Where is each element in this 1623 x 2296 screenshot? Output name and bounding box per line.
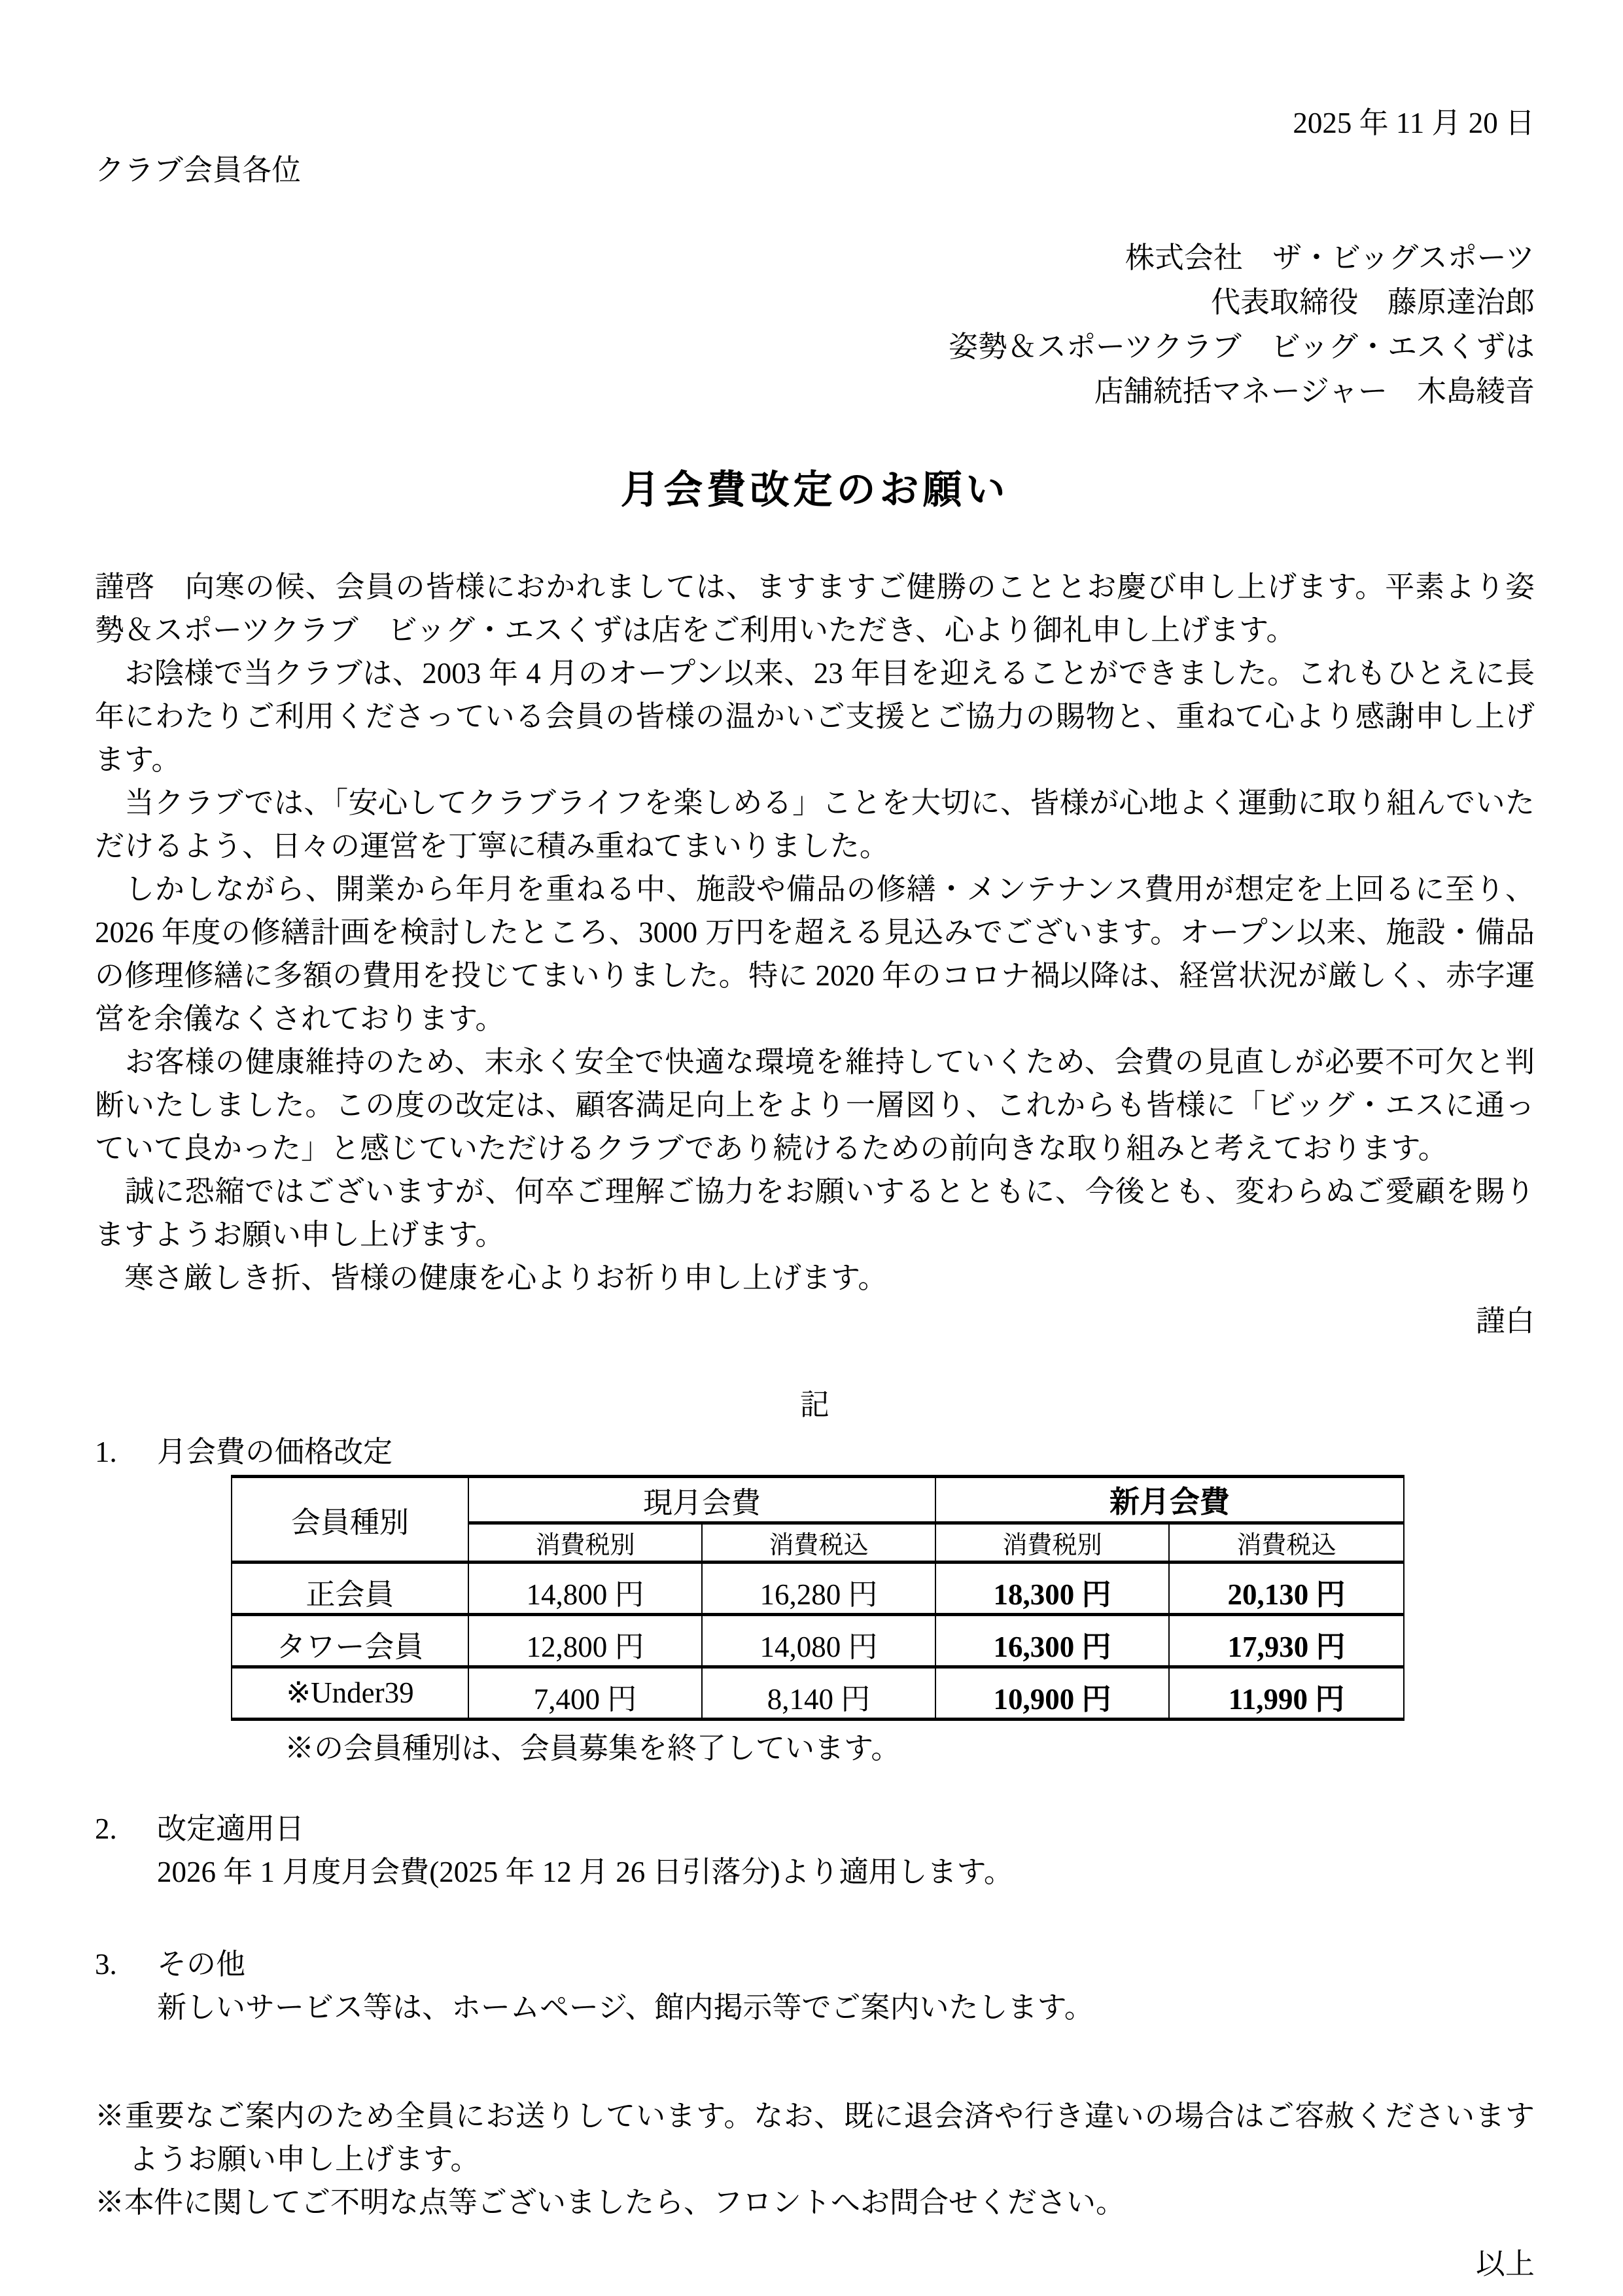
header-new-tax-included: 消費税込 xyxy=(1169,1523,1404,1563)
sender-club: 姿勢＆スポーツクラブ ビッグ・エスくずは xyxy=(95,325,1535,369)
section-3-title: その他 xyxy=(157,1948,245,1981)
letter-body: 謹啓 向寒の候、会員の皆様におかれましては、ますますご健勝のこととお慶び申し上げ… xyxy=(95,565,1535,1299)
member-type-cell: ※Under39 xyxy=(232,1667,468,1720)
body-paragraph: しかしながら、開業から年月を重ねる中、施設や備品の修繕・メンテナンス費用が想定を… xyxy=(95,868,1535,1040)
header-current-tax-included: 消費税込 xyxy=(702,1523,935,1563)
body-paragraph: 当クラブでは、「安心してクラブライフを楽しめる」ことを大切に、皆様が心地よく運動… xyxy=(95,781,1535,868)
body-paragraph: お陰様で当クラブは、2003 年 4 月のオープン以来、23 年目を迎えることが… xyxy=(95,652,1535,781)
footnote: ※重要なご案内のため全員にお送りしています。なお、既に退会済や行き違いの場合はご… xyxy=(95,2094,1535,2181)
section-2-heading: 2.改定適用日 xyxy=(95,1807,1535,1850)
sender-block: 株式会社 ザ・ビッグスポーツ 代表取締役 藤原達治郎 姿勢＆スポーツクラブ ビッ… xyxy=(95,236,1535,414)
section-2-number: 2. xyxy=(95,1807,157,1850)
sender-manager: 店舗統括マネージャー 木島綾音 xyxy=(95,369,1535,414)
current-incl-cell: 14,080 円 xyxy=(702,1615,935,1667)
section-1-title: 月会費の価格改定 xyxy=(157,1436,393,1468)
table-row: ※Under39 7,400 円 8,140 円 10,900 円 11,990… xyxy=(232,1667,1404,1720)
header-new-tax-excluded: 消費税別 xyxy=(935,1523,1169,1563)
header-new-fee: 新月会費 xyxy=(935,1477,1404,1523)
end-mark: 以上 xyxy=(95,2242,1535,2286)
body-paragraph: 寒さ厳しき折、皆様の健康を心よりお祈り申し上げます。 xyxy=(95,1256,1535,1299)
section-3-heading: 3.その他 xyxy=(95,1943,1535,1986)
table-row: 正会員 14,800 円 16,280 円 18,300 円 20,130 円 xyxy=(232,1563,1404,1615)
new-incl-cell: 17,930 円 xyxy=(1169,1615,1404,1667)
header-current-fee: 現月会費 xyxy=(468,1477,935,1523)
current-excl-cell: 7,400 円 xyxy=(468,1667,702,1720)
section-1-heading: 1.月会費の価格改定 xyxy=(95,1430,1535,1474)
new-incl-cell: 11,990 円 xyxy=(1169,1667,1404,1720)
new-excl-cell: 16,300 円 xyxy=(935,1615,1169,1667)
member-type-cell: タワー会員 xyxy=(232,1615,468,1667)
body-paragraph: 誠に恐縮ではございますが、何卒ご理解ご協力をお願いするとともに、今後とも、変わら… xyxy=(95,1170,1535,1256)
recipient: クラブ会員各位 xyxy=(95,150,1535,190)
section-2-body: 2026 年 1 月度月会費(2025 年 12 月 26 日引落分)より適用し… xyxy=(157,1850,1535,1894)
table-row: タワー会員 12,800 円 14,080 円 16,300 円 17,930 … xyxy=(232,1615,1404,1667)
new-excl-cell: 18,300 円 xyxy=(935,1563,1169,1615)
footnotes-block: ※重要なご案内のため全員にお送りしています。なお、既に退会済や行き違いの場合はご… xyxy=(95,2094,1535,2224)
current-incl-cell: 16,280 円 xyxy=(702,1563,935,1615)
section-1-number: 1. xyxy=(95,1430,157,1474)
table-note: ※の会員種別は、会員募集を終了しています。 xyxy=(285,1729,1535,1768)
sender-company: 株式会社 ザ・ビッグスポーツ xyxy=(95,236,1535,280)
issue-date: 2025 年 11 月 20 日 xyxy=(95,105,1535,141)
document-title: 月会費改定のお願い xyxy=(95,463,1535,518)
table-header-row-1: 会員種別 現月会費 新月会費 xyxy=(232,1477,1404,1523)
header-current-tax-excluded: 消費税別 xyxy=(468,1523,702,1563)
new-incl-cell: 20,130 円 xyxy=(1169,1563,1404,1615)
current-incl-cell: 8,140 円 xyxy=(702,1667,935,1720)
new-excl-cell: 10,900 円 xyxy=(935,1667,1169,1720)
header-member-type: 会員種別 xyxy=(232,1477,468,1563)
current-excl-cell: 12,800 円 xyxy=(468,1615,702,1667)
closing-mark: 謹白 xyxy=(95,1299,1535,1343)
body-paragraph: お客様の健康維持のため、末永く安全で快適な環境を維持していくため、会費の見直しが… xyxy=(95,1040,1535,1170)
member-type-cell: 正会員 xyxy=(232,1563,468,1615)
notice-header: 記 xyxy=(95,1383,1535,1426)
fee-table: 会員種別 現月会費 新月会費 消費税別 消費税込 消費税別 消費税込 正会員 1… xyxy=(231,1475,1405,1721)
section-2-title: 改定適用日 xyxy=(157,1812,304,1845)
section-3-body: 新しいサービス等は、ホームページ、館内掲示等でご案内いたします。 xyxy=(157,1986,1535,2029)
letter-page: 2025 年 11 月 20 日 クラブ会員各位 株式会社 ザ・ビッグスポーツ … xyxy=(0,0,1623,2296)
body-paragraph: 謹啓 向寒の候、会員の皆様におかれましては、ますますご健勝のこととお慶び申し上げ… xyxy=(95,565,1535,652)
current-excl-cell: 14,800 円 xyxy=(468,1563,702,1615)
section-3-number: 3. xyxy=(95,1943,157,1986)
footnote: ※本件に関してご不明な点等ございましたら、フロントへお問合せください。 xyxy=(95,2181,1535,2224)
sender-representative: 代表取締役 藤原達治郎 xyxy=(95,280,1535,325)
fee-table-wrap: 会員種別 現月会費 新月会費 消費税別 消費税込 消費税別 消費税込 正会員 1… xyxy=(231,1475,1403,1721)
